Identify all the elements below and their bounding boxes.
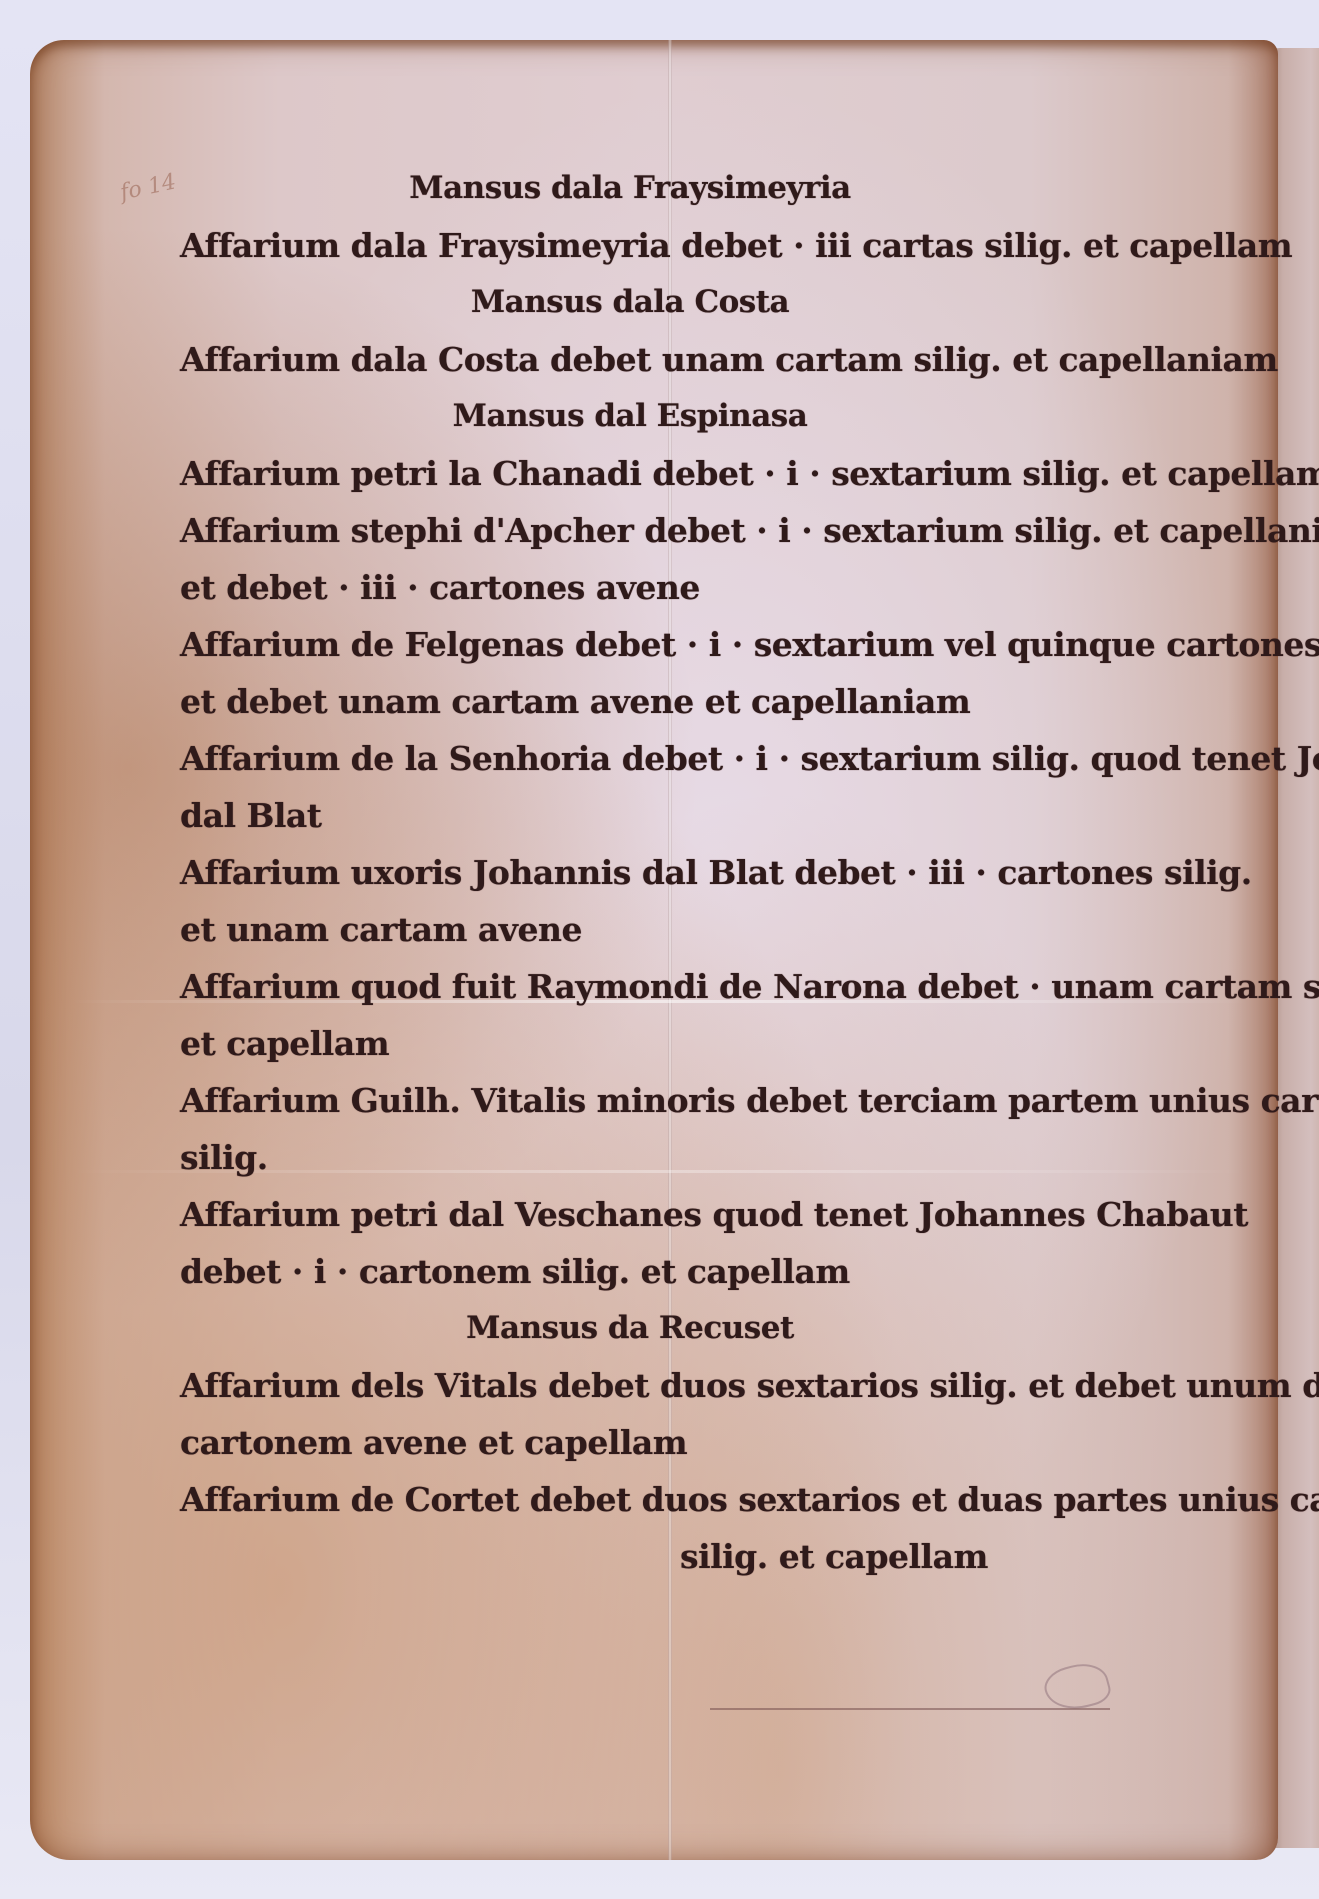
continuation-line: silig. et capellam xyxy=(180,1528,1230,1585)
entry-line: Affarium dels Vitals debet duos sextario… xyxy=(180,1357,1230,1414)
entry-line: Affarium stephi d'Apcher debet · i · sex… xyxy=(180,502,1230,559)
entry-line: Affarium de la Senhoria debet · i · sext… xyxy=(180,730,1230,787)
margin-annotation: fo 14 xyxy=(118,169,178,205)
heading-mansus: Mansus dal Espinasa xyxy=(180,388,1230,445)
closing-rule-line xyxy=(710,1708,1110,1710)
entry-line: Affarium petri dal Veschanes quod tenet … xyxy=(180,1186,1230,1243)
entry-line: Affarium petri la Chanadi debet · i · se… xyxy=(180,445,1230,502)
entry-line: Affarium de Cortet debet duos sextarios … xyxy=(180,1471,1230,1528)
continuation-line: silig. xyxy=(180,1129,1230,1186)
entry-line: Affarium dala Fraysimeyria debet · iii c… xyxy=(180,217,1230,274)
manuscript-text: Mansus dala Fraysimeyria Affarium dala F… xyxy=(180,160,1230,1585)
entry-line: Affarium Guilh. Vitalis minoris debet te… xyxy=(180,1072,1230,1129)
heading-mansus: Mansus da Recuset xyxy=(180,1300,1230,1357)
entry-line: Affarium quod fuit Raymondi de Narona de… xyxy=(180,958,1230,1015)
continuation-line: et debet · iii · cartones avene xyxy=(180,559,1230,616)
heading-mansus: Mansus dala Costa xyxy=(180,274,1230,331)
continuation-line: et capellam xyxy=(180,1015,1230,1072)
continuation-line: dal Blat xyxy=(180,787,1230,844)
heading-mansus: Mansus dala Fraysimeyria xyxy=(180,160,1230,217)
entry-line: Affarium dala Costa debet unam cartam si… xyxy=(180,331,1230,388)
continuation-line: debet · i · cartonem silig. et capellam xyxy=(180,1243,1230,1300)
continuation-line: et debet unam cartam avene et capellania… xyxy=(180,673,1230,730)
continuation-line: et unam cartam avene xyxy=(180,901,1230,958)
continuation-line: cartonem avene et capellam xyxy=(180,1414,1230,1471)
entry-line: Affarium de Felgenas debet · i · sextari… xyxy=(180,616,1230,673)
entry-line: Affarium uxoris Johannis dal Blat debet … xyxy=(180,844,1230,901)
